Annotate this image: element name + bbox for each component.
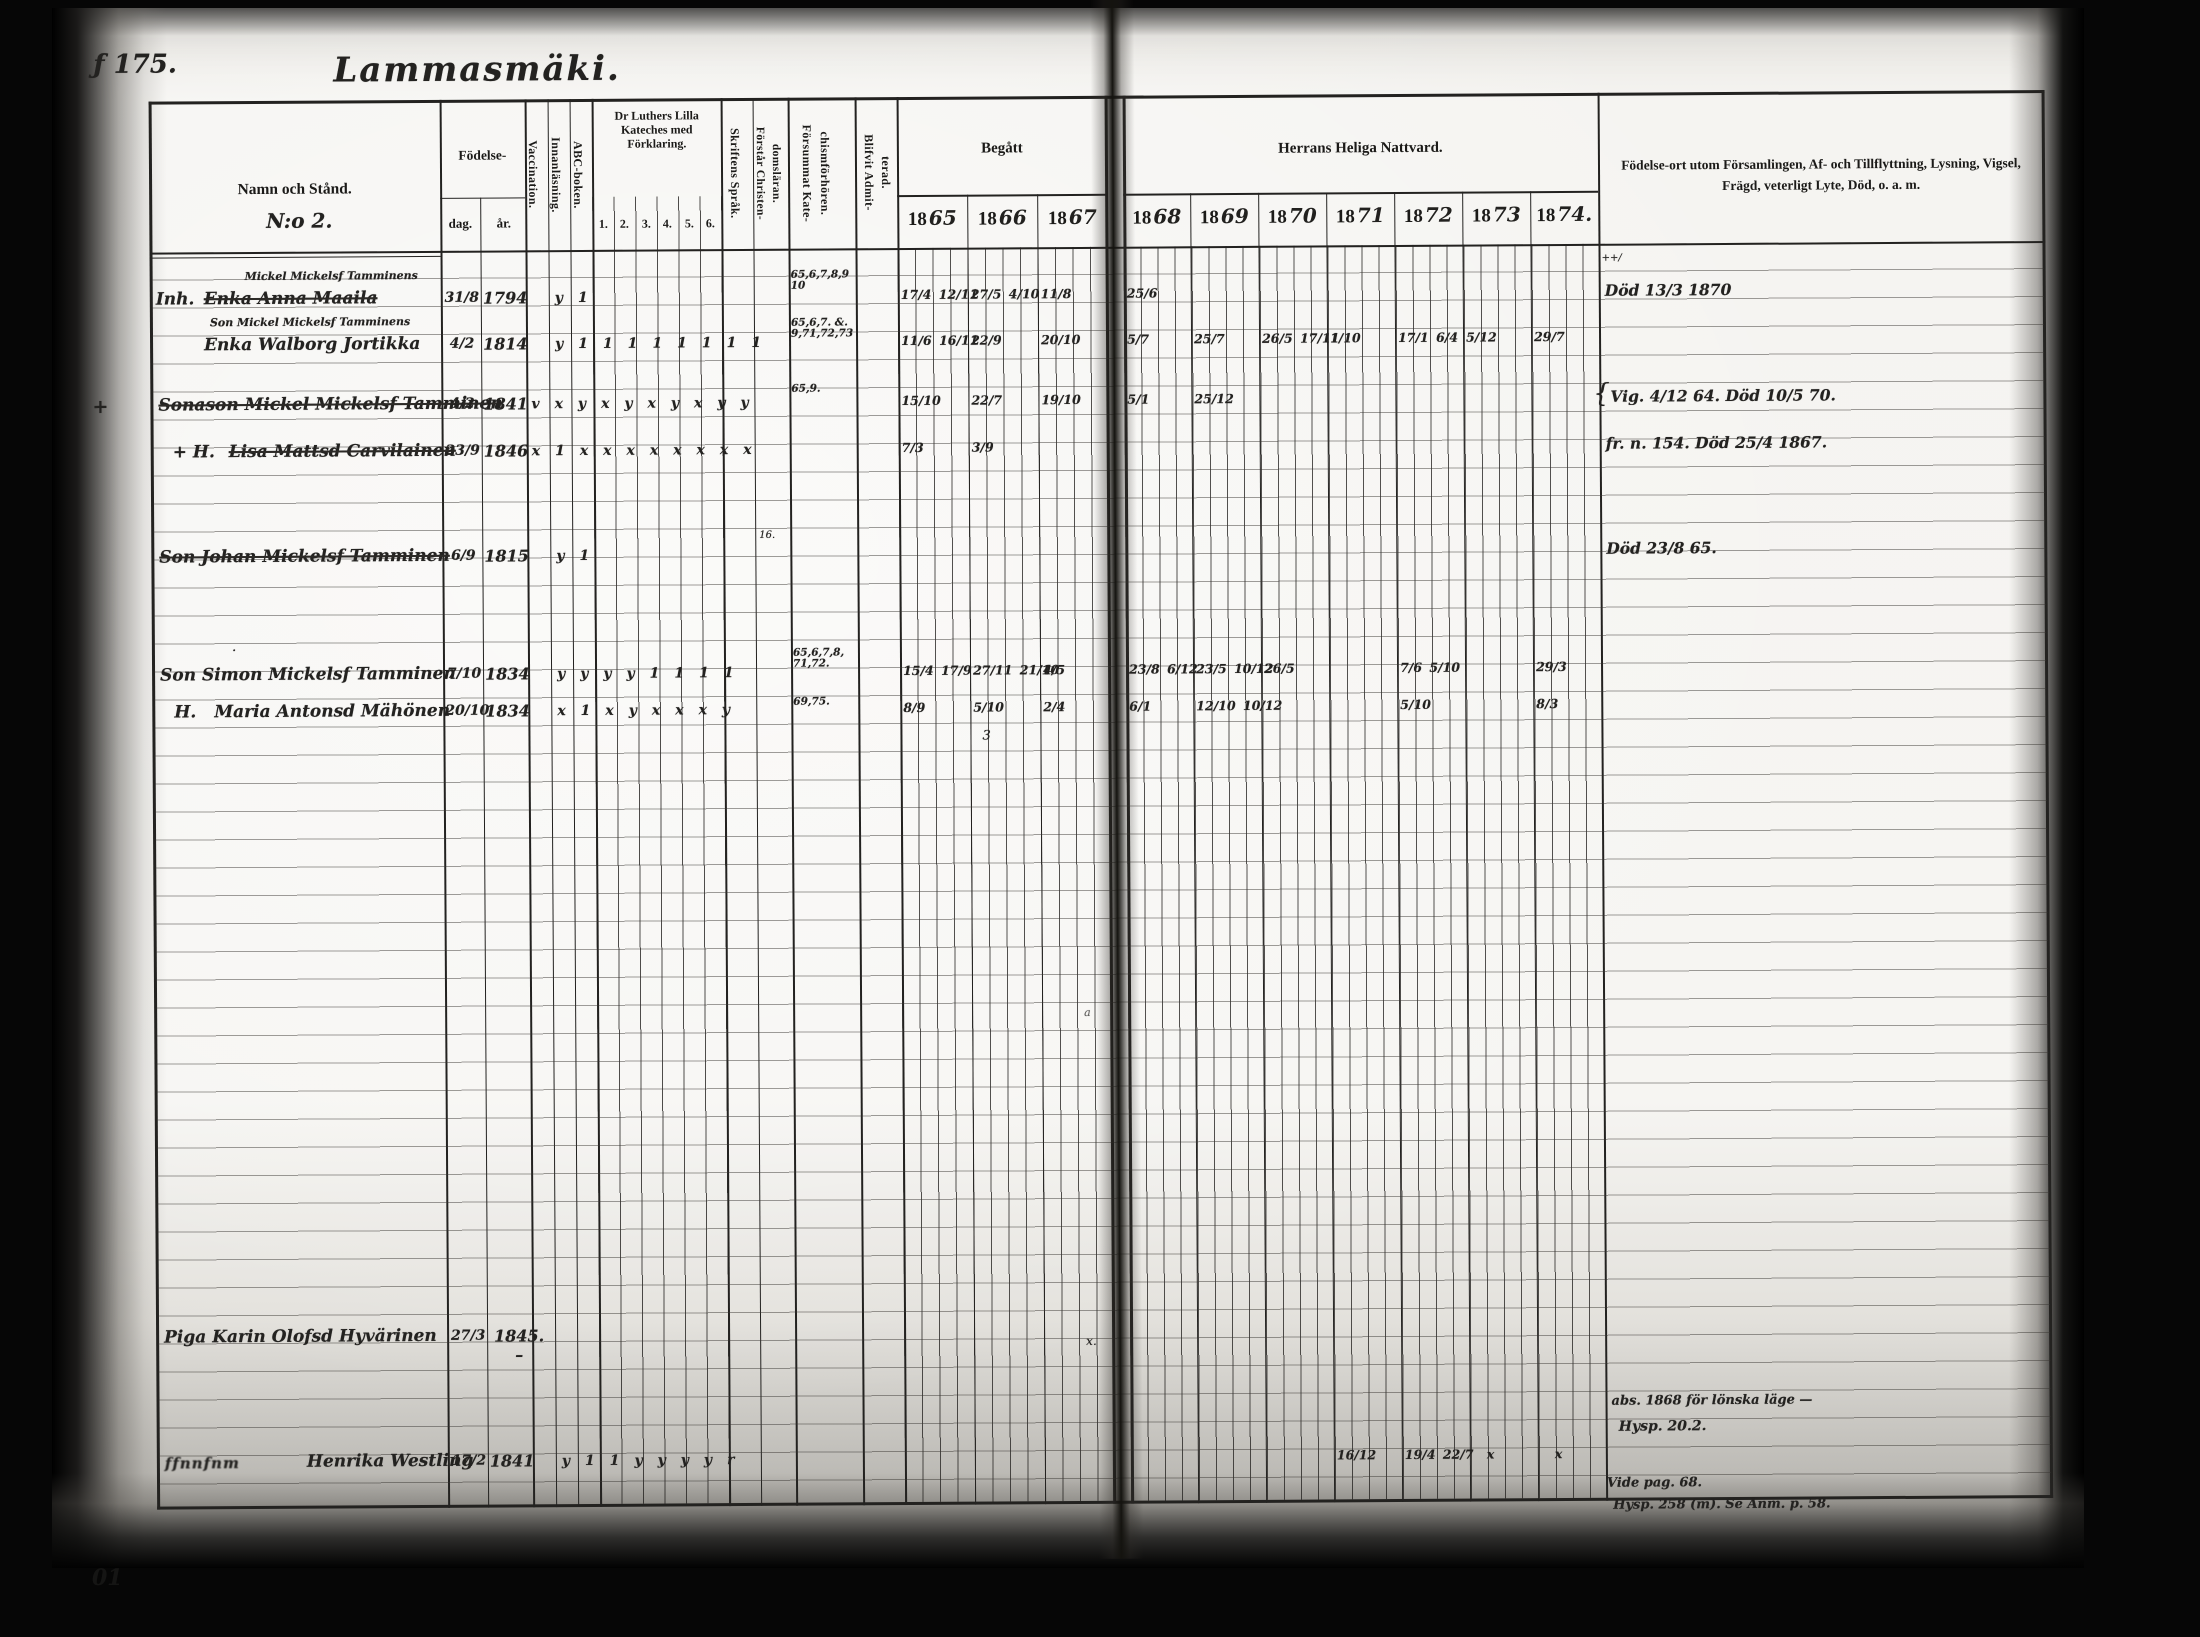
- year-1865: 1865: [897, 201, 967, 241]
- col-header-notes: Födelse-ort utom Församlingen, Af- och T…: [1604, 152, 2038, 197]
- entry-note: Död 13/3 1870: [1605, 280, 1732, 300]
- scanned-parish-register: { "page": { "folio_mark": "ƒ", "folio": …: [0, 0, 2200, 1637]
- catechism-subcol-2: 2.: [613, 217, 635, 232]
- mark-cells: vxyxyxyxyy: [531, 395, 763, 412]
- stray-mark: x.: [1086, 1334, 1097, 1348]
- birth-day: 7/10: [445, 666, 483, 682]
- communion-1866: 5/10: [973, 699, 1004, 714]
- birth-year: 1834: [485, 701, 528, 720]
- col-header-abc-book: ABC-boken.: [570, 103, 593, 246]
- communion-1874: 29/3: [1536, 659, 1567, 674]
- col-header-communion: Herrans Heliga Nattvard.: [1123, 139, 1598, 159]
- grid-hline: [440, 197, 525, 199]
- communion-1872: 17/1 6/4: [1398, 330, 1458, 345]
- folio-number: ƒ 175.: [93, 49, 177, 80]
- communion-1865: 15/10: [901, 393, 940, 408]
- communion-1870: 26/5: [1264, 661, 1295, 676]
- birth-day: 6/9: [444, 548, 482, 564]
- birth-year: 1845. –: [489, 1326, 549, 1364]
- missed-exams: 65,6,7,8,9 10: [791, 269, 855, 291]
- communion-1866: 3/9: [972, 439, 994, 454]
- birth-year: 1834: [485, 664, 528, 683]
- page-title: Lammasmäki.: [333, 49, 621, 91]
- communion-1873: x: [1487, 1446, 1495, 1461]
- col-header-birth-year: år.: [482, 215, 525, 231]
- communion-1866: 22/7: [971, 392, 1002, 407]
- catechism-subcol-6: 6.: [699, 216, 721, 231]
- communion-1865: 8/9: [903, 700, 925, 715]
- entry-name: Enka Anna Maaila: [204, 288, 378, 309]
- missed-exams: 69,75.: [793, 696, 857, 707]
- col-header-catechism: Dr Luthers Lilla Kateches med Förklaring…: [594, 108, 720, 151]
- birth-day: 17/2: [450, 1453, 488, 1469]
- communion-1871: 1/10: [1330, 330, 1361, 345]
- entry-note: abs. 1868 för lönska läge —: [1611, 1393, 1812, 1409]
- mark-cells: y1: [555, 290, 603, 306]
- communion-1868: 23/8 6/12: [1129, 661, 1198, 676]
- grid-hline: [1123, 191, 1598, 196]
- mark-cells: yyyy1111: [557, 665, 749, 682]
- col-header-scripture: Skriftens Språk.: [727, 102, 748, 245]
- stray-mark: ·: [232, 643, 237, 659]
- birth-day: 27/3: [449, 1328, 487, 1344]
- communion-1867: 20/10: [1041, 332, 1080, 347]
- year-1871: 1871: [1326, 198, 1394, 238]
- entry-note-2: Hysp. 258 (m). Se Anm. p. 58.: [1613, 1496, 1830, 1512]
- col-header-understands-line2: domsläran.: [770, 102, 787, 245]
- year-1866: 1866: [967, 200, 1037, 240]
- entry-prefix: Inh.: [156, 289, 195, 309]
- col-header-understands-line1: Förstår Christen-: [754, 102, 771, 245]
- mark-cells: y11111111: [555, 335, 776, 352]
- birth-year: 1846: [484, 441, 527, 460]
- missed-exams: 65,6,7. &. 9,71,72,73: [791, 317, 855, 339]
- communion-1869: 25/7: [1194, 331, 1225, 346]
- communion-1872: 7/6 5/10: [1400, 660, 1460, 675]
- entry-note-2: Hysp. 20.2.: [1619, 1418, 1707, 1435]
- missed-exams: 65,9.: [791, 383, 855, 394]
- note-mark: ++/: [1602, 253, 1622, 264]
- col-header-birth-day: dag.: [440, 216, 480, 232]
- communion-1870: 26/5 17/11: [1262, 330, 1339, 345]
- household-number: N:o 2.: [189, 208, 409, 233]
- communion-1872: 5/10: [1400, 697, 1431, 712]
- entry-prefix-illegible: ffnnfnm: [165, 1454, 240, 1472]
- interline-note: Mickel Mickelsf Tamminens: [245, 269, 418, 283]
- birth-year: 1815: [484, 546, 527, 565]
- col-header-admitted-line1: Blifvit Admit-: [861, 101, 879, 244]
- catechism-subcol-5: 5.: [678, 216, 700, 231]
- communion-1867: 19/10: [1041, 392, 1080, 407]
- entry-name: Maria Antonsd Mähönen: [214, 701, 450, 722]
- birth-day: 20/10: [445, 703, 483, 719]
- film-frame-mark: 01: [92, 1565, 123, 1591]
- communion-1874: 8/3: [1536, 696, 1558, 711]
- mark-cells: x1xyxxxy: [557, 702, 745, 719]
- entry-prefix: + H.: [173, 442, 215, 462]
- birth-day: 4/2: [443, 336, 481, 352]
- birth-year: 1814: [483, 334, 526, 353]
- stray-mark: 3: [982, 729, 990, 744]
- margin-cross: +: [92, 396, 108, 418]
- communion-1869: 12/10 10/12: [1196, 698, 1282, 714]
- col-header-admitted-line2: terad.: [878, 101, 896, 244]
- col-header-birth: Födelse-: [440, 147, 525, 164]
- year-1869: 1869: [1190, 199, 1258, 239]
- communion-1869: 25/12: [1194, 391, 1233, 406]
- entry-name: Son Simon Mickelsf Tamminen: [160, 664, 456, 686]
- communion-1874: x: [1555, 1446, 1563, 1461]
- communion-1865: 15/4 17/9: [903, 663, 972, 678]
- entry-note: Vig. 4/12 64. Död 10/5 70.: [1610, 385, 1836, 405]
- entry-prefix: H.: [174, 702, 196, 722]
- col-header-name: Namn och Stånd.: [149, 180, 440, 200]
- birth-day: 4/2: [443, 396, 481, 412]
- col-header-missed-line1: Försummat Kate-: [799, 102, 817, 245]
- grid-hline: [897, 194, 1107, 197]
- col-header-missed-line2: chismförhören.: [817, 101, 835, 244]
- catechism-subcol-1: 1.: [592, 217, 614, 232]
- communion-1869: 23/5 10/12: [1196, 661, 1273, 676]
- year-1873: 1873: [1462, 197, 1530, 237]
- folio-flourish: ƒ: [93, 50, 104, 80]
- communion-1873: 5/12: [1466, 329, 1497, 344]
- missed-exams: 65,6,7,8, 71,72.: [793, 647, 857, 669]
- entry-name: Son Johan Mickelsf Tamminen: [159, 546, 450, 568]
- entry-name: Enka Walborg Jortikka: [204, 334, 420, 355]
- birth-day: 23/9: [444, 443, 482, 459]
- year-1872: 1872: [1394, 198, 1462, 238]
- entry-note: Vide pag. 68.: [1607, 1475, 1702, 1491]
- scan-edge-top: [52, 8, 2084, 36]
- communion-1865: 17/4 12/11: [901, 287, 978, 302]
- birth-day: 31/8: [443, 290, 481, 306]
- interline-note: Son Mickel Mickelsf Tamminens: [210, 315, 410, 329]
- catechism-subcol-3: 3.: [635, 217, 657, 232]
- entry-note: Död 23/8 65.: [1606, 538, 1717, 558]
- birth-year: 1841: [483, 394, 526, 413]
- entry-name: Piga Karin Olofsd Hyvärinen: [164, 1326, 437, 1348]
- communion-1865: 11/6 16/11: [901, 333, 978, 348]
- communion-1874: 29/7: [1534, 329, 1565, 344]
- col-header-reading: Innanläsning.: [548, 103, 571, 246]
- birth-year: 1794: [483, 288, 526, 307]
- col-header-vaccination: Vaccination.: [525, 103, 549, 246]
- col-header-begatt: Begått: [897, 140, 1107, 158]
- entry-name: Lisa Mattsd Carvilainen: [229, 441, 456, 462]
- communion-1866: 22/9: [971, 332, 1002, 347]
- communion-1867: 2/4: [1043, 699, 1065, 714]
- birth-year: 1841: [490, 1451, 533, 1470]
- year-1870: 1870: [1258, 198, 1326, 238]
- year-1874: 1874.: [1530, 197, 1598, 237]
- communion-1865: 7/3: [902, 440, 924, 455]
- mark-cells: y11yyyyr: [562, 1452, 750, 1469]
- stray-mark: a: [1084, 1006, 1091, 1019]
- catechism-subcol-4: 4.: [656, 216, 678, 231]
- communion-1871: 16/12: [1337, 1447, 1376, 1462]
- communion-1867: 4/5: [1043, 662, 1065, 677]
- register-table: ƒ 175. Lammasmäki. Namn och Stånd. N:o 2…: [149, 90, 2054, 1510]
- communion-1872: 19/4 22/7: [1405, 1447, 1474, 1462]
- entry-name: Henrika Westling: [307, 1451, 474, 1472]
- communion-1866: 27/5 4/10: [971, 286, 1040, 301]
- note-brace: {: [1593, 379, 1610, 409]
- mark-cells: y1: [556, 548, 604, 564]
- mark-cells: x1xxxxxxxx: [532, 442, 767, 459]
- entry-note: fr. n. 154. Död 25/4 1867.: [1606, 432, 1827, 452]
- communion-1867: 11/8: [1041, 286, 1072, 301]
- scripture-mark: 16.: [759, 530, 775, 541]
